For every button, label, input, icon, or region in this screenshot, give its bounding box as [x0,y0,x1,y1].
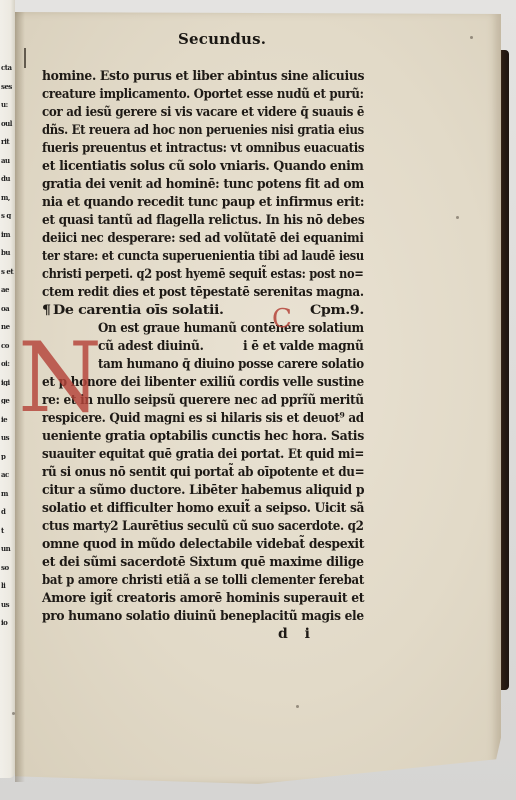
facing-page-fragment: im [1,231,14,238]
facing-page-fragment: co [1,342,14,349]
text-line: et licentiatis solus cũ solo vniaris. Qu… [42,158,364,176]
rubric-paraph-mark: C [272,306,292,332]
chapter-label: Cpm.9. [310,302,364,320]
facing-page-fragment: s q [1,212,14,219]
text-line: Amore igit̃ creatoris amorē hominis supe… [42,590,364,608]
text-line: dñs. Et reuera ad hoc non peruenies nisi… [42,122,364,140]
text-line: fueris preuentus et intractus: vt omnibu… [42,140,364,158]
text-line: cor ad iesũ gerere si vis vacare et vide… [42,104,364,122]
facing-page-fragment: us [1,601,14,608]
text-line: ctus marty2 Laurētius seculũ cũ suo sace… [42,518,364,536]
facing-page-fragment: rit [1,138,14,145]
text-line: homine. Esto purus et liber abintus sine… [42,68,364,86]
text-line: creature implicamento. Oportet esse nudũ… [42,86,364,104]
text-line: deiici nec desperare: sed ad volũtatē de… [42,230,364,248]
chapter-heading: ¶De carentia oīs solatii.Cpm.9. [42,302,224,320]
ink-mark [24,48,26,68]
facing-page-fragment: s et [1,268,14,275]
facing-page-fragment: bu [1,249,14,256]
facing-page-fragment: m [1,490,14,497]
text-line: nia et quando recedit tunc paup et infir… [42,194,364,212]
facing-page-fragment: ge [1,397,14,404]
facing-page-fragment: oul [1,120,14,127]
text-line: bat p amore christi etiã a se tolli clem… [42,572,364,590]
facing-page-fragment: io [1,619,14,626]
running-head: Secundus. [178,30,266,48]
text-line: et quasi tantũ ad flagella relictus. In … [42,212,364,230]
facing-page-fragment: so [1,564,14,571]
facing-page-fragment: u: [1,101,14,108]
paper-speck [12,712,15,715]
signature-mark: d i [278,626,310,642]
paper-speck [296,705,299,708]
facing-page-fragment: un [1,545,14,552]
facing-page-fragment: li [1,582,14,589]
text-line: ter stare: et cuncta superuenientia tibi… [42,248,364,266]
paraph-icon: ¶ [42,302,51,320]
facing-page-fragment: m, [1,194,14,201]
text-line: cũ adest diuinũ. i ē et valde magnũ [98,338,364,356]
paper-speck [470,36,473,39]
facing-page-fragment: du [1,175,14,182]
text-line: gratia dei venit ad hominē: tunc potens … [42,176,364,194]
facing-page-fragment: cta [1,64,14,71]
text-line: rũ si onus nō sentit qui portat̃ ab oīpo… [42,464,364,482]
facing-page-fragment: p [1,453,14,460]
facing-page-fragment: ses [1,83,14,90]
facing-page-fragment: d [1,508,14,515]
text-line: christi perpeti. q2 post hyemē sequit̃ e… [42,266,364,284]
paper-speck [456,216,459,219]
facing-page-fragment: ie [1,416,14,423]
text-line: omne quod in mũdo delectabile videbat̃ d… [42,536,364,554]
text-line: citur a sũmo ductore. Libēter habemus al… [42,482,364,500]
facing-page-fragment: oa [1,305,14,312]
rubricated-initial-letter: N [18,330,86,430]
text-line: tam humano q̄ diuino posse carere solati… [98,356,364,374]
facing-page-fragment: ac [1,471,14,478]
text-line: et dei sũmi sacerdotē Sixtum quē maxime … [42,554,364,572]
text-line: ctem redit dies et post tēpestatē sereni… [42,284,364,302]
facing-page-fragment: au [1,157,14,164]
facing-page-fragment: ae [1,286,14,293]
facing-page-edge: ctasesu:oulritaudum,s qimbus etaeoanecoo… [0,0,15,778]
facing-page-fragment: oi: [1,360,14,367]
text-line: pro humano solatio diuinũ beneplacitũ ma… [42,608,364,626]
facing-page-fragment: us [1,434,14,441]
facing-page-fragment: igi [1,379,14,386]
text-line: suauiter equitat quē gratia dei portat. … [42,446,364,464]
facing-page-fragment: t [1,527,14,534]
facing-page-fragment: ne [1,323,14,330]
text-line: solatio et difficulter homo exuit̃ a sei… [42,500,364,518]
chapter-title: De carentia oīs solatii. [53,303,224,318]
text-line: On est graue humanũ contēnere solatium [98,320,364,338]
